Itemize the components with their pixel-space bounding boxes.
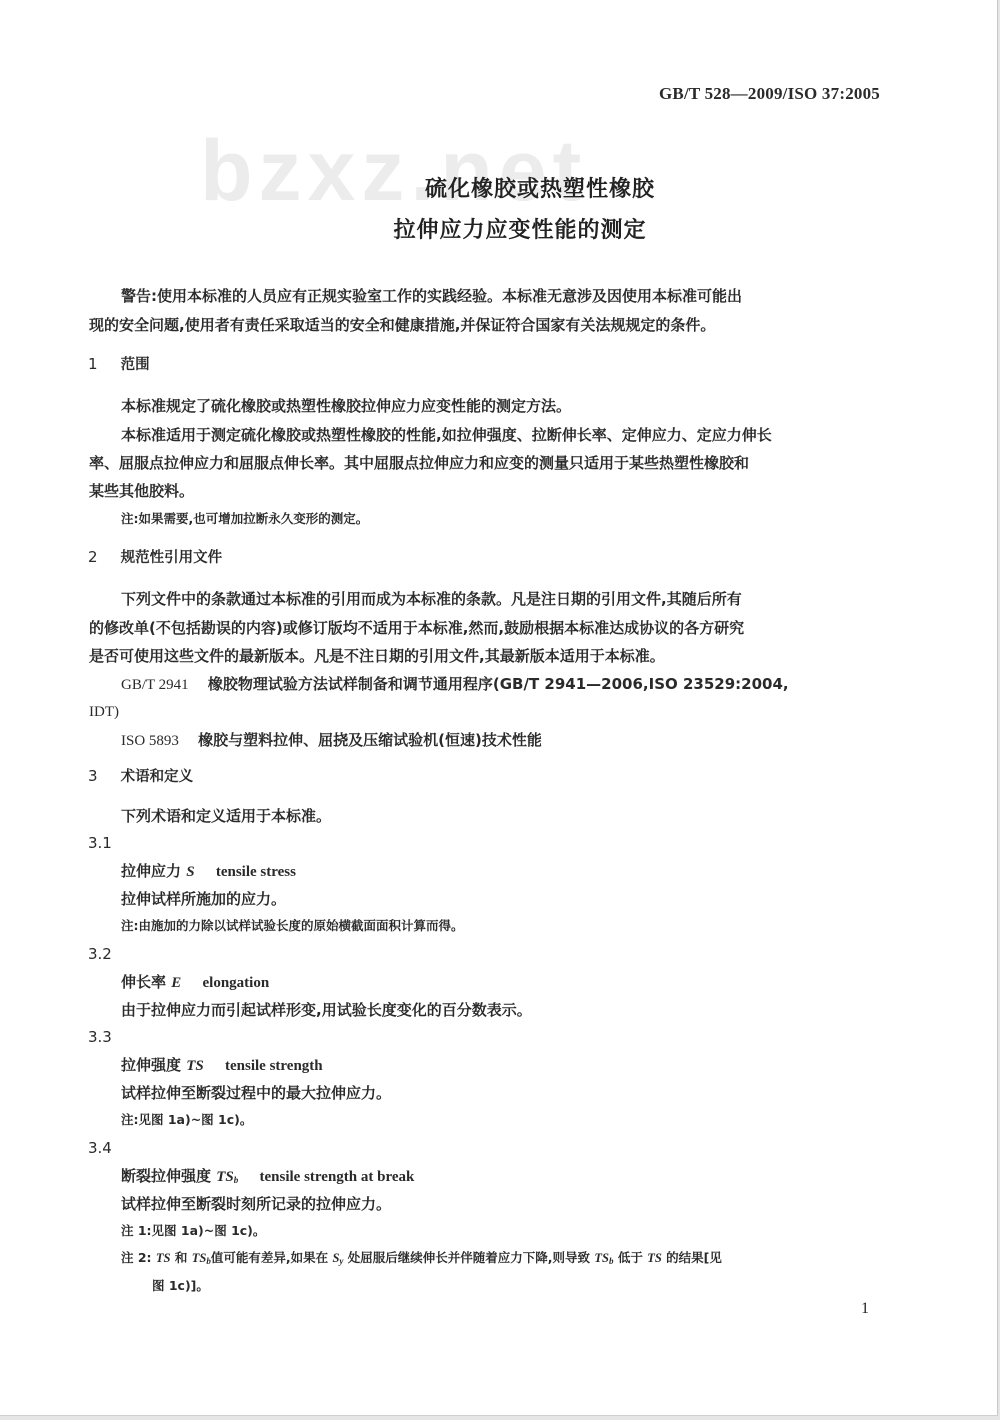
term-note: 注:见图 1a)~图 1c)。	[121, 1114, 252, 1127]
note-text: 处屈服后继续伸长并伴随着应力下降,则导致	[348, 1250, 590, 1265]
term-number: 3.1	[88, 836, 112, 851]
section-number: 1	[88, 355, 98, 373]
symbol-ts: TS	[647, 1251, 662, 1265]
term-en: tensile strength at break	[260, 1169, 415, 1185]
reference-code: ISO 5893	[121, 733, 179, 749]
section-1-note: 注:如果需要,也可增加拉断永久变形的测定。	[121, 513, 368, 526]
section-1-para1: 本标准规定了硫化橡胶或热塑性橡胶拉伸应力应变性能的测定方法。	[121, 399, 571, 414]
term-note-2-continued: 图 1c)]。	[152, 1280, 209, 1293]
term-note: 注:由施加的力除以试样试验长度的原始横截面面积计算而得。	[121, 920, 464, 933]
term-en: tensile strength	[225, 1058, 323, 1074]
symbol-subscript: y	[339, 1256, 343, 1266]
section-2-para-line3: 是否可使用这些文件的最新版本。凡是不注日期的引用文件,其最新版本适用于本标准。	[89, 649, 665, 664]
section-number: 2	[88, 548, 98, 566]
term-definition: 由于拉伸应力而引起试样形变,用试验长度变化的百分数表示。	[121, 1003, 532, 1018]
term-en: tensile stress	[216, 864, 296, 880]
term-definition: 拉伸试样所施加的应力。	[121, 892, 286, 907]
term-symbol: TS	[216, 1169, 234, 1185]
document-page: GB/T 528—2009/ISO 37:2005 bzxz.net 硫化橡胶或…	[0, 0, 998, 1416]
section-2-para-line2: 的修改单(不包括勘误的内容)或修订版均不适用于本标准,然而,鼓励根据本标准达成协…	[89, 621, 744, 636]
note-prefix: 注 2:	[121, 1250, 152, 1265]
term-symbol: S	[186, 864, 194, 880]
term-heading: 断裂拉伸强度 TSb tensile strength at break	[121, 1169, 414, 1185]
note-text: 的结果[见	[666, 1250, 722, 1265]
term-zh: 断裂拉伸强度	[121, 1167, 211, 1185]
page-number: 1	[861, 1300, 869, 1318]
section-title: 术语和定义	[121, 769, 194, 785]
standard-code: GB/T 528—2009/ISO 37:2005	[659, 84, 880, 104]
term-heading: 拉伸强度 TS tensile strength	[121, 1058, 323, 1074]
term-number: 3.3	[88, 1030, 112, 1045]
reference-item: ISO 5893 橡胶与塑料拉伸、屈挠及压缩试验机(恒速)技术性能	[121, 733, 542, 749]
term-number: 3.2	[88, 947, 112, 962]
warning-line2: 现的安全问题,使用者有责任采取适当的安全和健康措施,并保证符合国家有关法规规定的…	[89, 318, 715, 333]
reference-code: GB/T 2941	[121, 677, 189, 693]
term-note-2: 注 2: TS 和 TSb值可能有差异,如果在 Sy 处屈服后继续伸长并伴随着应…	[121, 1252, 722, 1266]
term-note-1: 注 1:见图 1a)~图 1c)。	[121, 1225, 265, 1238]
reference-title: 橡胶物理试验方法试样制备和调节通用程序(GB/T 2941—2006,ISO 2…	[208, 675, 789, 693]
document-title-line1: 硫化橡胶或热塑性橡胶	[40, 172, 1000, 203]
section-1-heading: 1 范围	[88, 357, 150, 373]
note-text: 值可能有差异,如果在	[211, 1250, 328, 1265]
section-number: 3	[88, 767, 98, 785]
section-1-para2-line2: 率、屈服点拉伸应力和屈服点伸长率。其中屈服点拉伸应力和应变的测量只适用于某些热塑…	[89, 456, 749, 471]
symbol-ts: TS	[156, 1251, 171, 1265]
term-en: elongation	[203, 975, 270, 991]
term-symbol-subscript: b	[234, 1175, 239, 1185]
term-zh: 伸长率	[121, 973, 166, 991]
section-title: 范围	[121, 357, 150, 373]
section-1-para2-line1: 本标准适用于测定硫化橡胶或热塑性橡胶的性能,如拉伸强度、拉断伸长率、定伸应力、定…	[121, 428, 772, 443]
term-zh: 拉伸应力	[121, 862, 181, 880]
reference-item: GB/T 2941 橡胶物理试验方法试样制备和调节通用程序(GB/T 2941—…	[121, 677, 789, 693]
term-definition: 试样拉伸至断裂时刻所记录的拉伸应力。	[121, 1197, 391, 1212]
term-zh: 拉伸强度	[121, 1056, 181, 1074]
term-number: 3.4	[88, 1141, 112, 1156]
section-1-para2-line3: 某些其他胶料。	[89, 484, 194, 499]
symbol-tsb: TS	[192, 1251, 207, 1265]
section-3-intro: 下列术语和定义适用于本标准。	[121, 809, 331, 824]
symbol-subscript: b	[609, 1256, 614, 1266]
term-symbol: TS	[186, 1058, 204, 1074]
term-heading: 伸长率 E elongation	[121, 975, 269, 991]
reference-title-continued: IDT)	[89, 705, 119, 720]
section-2-heading: 2 规范性引用文件	[88, 550, 222, 566]
term-heading: 拉伸应力 S tensile stress	[121, 864, 296, 880]
note-text: 低于	[618, 1250, 643, 1265]
section-title: 规范性引用文件	[121, 550, 223, 566]
symbol-tsb: TS	[594, 1251, 609, 1265]
reference-title: 橡胶与塑料拉伸、屈挠及压缩试验机(恒速)技术性能	[198, 731, 542, 749]
note-text: 和	[175, 1250, 188, 1265]
term-definition: 试样拉伸至断裂过程中的最大拉伸应力。	[121, 1086, 391, 1101]
term-symbol: E	[171, 975, 181, 991]
section-2-para-line1: 下列文件中的条款通过本标准的引用而成为本标准的条款。凡是注日期的引用文件,其随后…	[121, 592, 742, 607]
section-3-heading: 3 术语和定义	[88, 769, 193, 785]
document-title-line2: 拉伸应力应变性能的测定	[20, 213, 1000, 244]
warning-line1: 警告:使用本标准的人员应有正规实验室工作的实践经验。本标准无意涉及因使用本标准可…	[121, 289, 742, 304]
